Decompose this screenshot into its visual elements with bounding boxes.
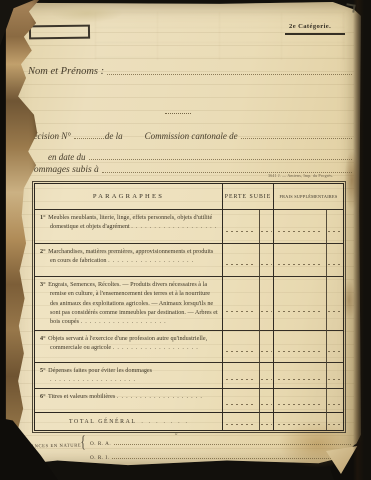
stamp-box (29, 25, 90, 40)
amount-cell (223, 210, 260, 244)
paragraph-text: Titres et valeurs mobilières (48, 393, 115, 400)
category-label: 2e Catégorie. (289, 23, 331, 30)
paragraph-row: 2° Marchandises, matières premières, app… (35, 244, 223, 277)
amount-cell (274, 389, 327, 413)
brace-glyph: { (80, 432, 85, 452)
paragraph-text: Objets servant à l'exercice d'une profes… (48, 335, 207, 351)
fill-in-line (74, 129, 104, 139)
fill-in-line (241, 129, 352, 139)
amount-cell (260, 331, 274, 363)
name-label: Nom et Prénoms : (28, 66, 104, 77)
amount-cell (260, 363, 274, 389)
paragraph-row: 6° Titres et valeurs mobilières (35, 389, 223, 413)
paragraph-number: 5° (40, 367, 46, 374)
paragraph-number: 1° (40, 214, 46, 221)
ora-label: O. R. A. (90, 441, 111, 447)
decision-mid-label: de la (105, 131, 123, 141)
printer-imprint: 3641 J. — Amiens, Imp. du Progrès. (268, 173, 333, 178)
separator-dots (165, 106, 191, 114)
amount-cell (223, 389, 260, 413)
fill-in-line (114, 435, 351, 445)
amount-cell (274, 331, 327, 363)
date-label: en date du (48, 152, 86, 162)
spacer (126, 129, 144, 139)
amount-cell (260, 413, 274, 430)
amount-cell (223, 413, 260, 430)
paragraph-row: 4° Objets servant à l'exercice d'une pro… (35, 331, 223, 363)
damages-label: Dommages subis à (27, 165, 99, 175)
scanned-document-page: ET N° 2e Catégorie. Nom et Prénoms : Déc… (0, 0, 371, 480)
fill-in-line (112, 449, 351, 459)
column-header-frais-supplementaires: FRAIS SUPPLÉMENTAIRES (274, 184, 343, 210)
fill-in-line (89, 150, 353, 160)
ori-line: O. R. I. (90, 449, 352, 461)
paragraph-number: 4° (40, 335, 46, 342)
paragraph-number: 6° (40, 393, 46, 400)
paragraph-text: Meubles meublants, literie, linge, effet… (48, 214, 212, 230)
fill-in-line (102, 163, 352, 173)
column-header-paragraphes: PARAGRAPHES (35, 184, 223, 210)
amount-cell (223, 363, 260, 389)
page-right-edge (353, 0, 371, 480)
amount-cell (274, 244, 327, 277)
paragraph-text: Marchandises, matières premières, approv… (48, 248, 213, 264)
name-line: Nom et Prénoms : (28, 65, 353, 77)
amount-cell (223, 331, 260, 363)
category-underline (285, 33, 345, 35)
amount-cell (274, 277, 327, 331)
damages-table: PARAGRAPHES PERTE SUBIE FRAIS SUPPLÉMENT… (34, 183, 344, 431)
paragraph-row: 3° Engrais, Semences, Récoltes. — Produi… (35, 277, 223, 331)
paragraph-text: Dépenses faites pour éviter les dommages (48, 367, 152, 374)
date-line: en date du (48, 150, 353, 162)
paragraph-number: 3° (40, 281, 46, 288)
amount-cell (223, 244, 260, 277)
amount-cell (260, 277, 274, 331)
amount-cell (327, 244, 343, 277)
amount-cell (274, 413, 327, 430)
amount-cell (274, 210, 327, 244)
paragraph-number: 2° (40, 248, 46, 255)
show-through-ghost (95, 12, 345, 60)
amount-cell (260, 244, 274, 277)
ora-line: O. R. A. (90, 435, 352, 447)
amount-cell (223, 277, 260, 331)
ori-label: O. R. I. (90, 455, 109, 461)
amount-cell (327, 363, 343, 389)
amount-cell (327, 277, 343, 331)
decision-line: Décision N° de la Commission cantonale d… (27, 129, 353, 141)
fold-mark-icon (345, 3, 355, 12)
paragraph-text: Engrais, Semences, Récoltes. — Produits … (48, 281, 218, 325)
amount-cell (327, 413, 343, 430)
amount-cell (274, 363, 327, 389)
amount-cell (327, 331, 343, 363)
amount-cell (327, 210, 343, 244)
paragraph-row: 5° Dépenses faites pour éviter les domma… (35, 363, 223, 389)
commission-label: Commission cantonale de (145, 131, 238, 141)
amount-cell (327, 389, 343, 413)
column-header-perte-subie: PERTE SUBIE (223, 184, 274, 210)
fill-in-line (107, 65, 352, 75)
total-row-label: TOTAL GÉNÉRAL (35, 413, 223, 430)
paragraph-row: 1° Meubles meublants, literie, linge, ef… (35, 210, 223, 244)
amount-cell (260, 389, 274, 413)
amount-cell (260, 210, 274, 244)
